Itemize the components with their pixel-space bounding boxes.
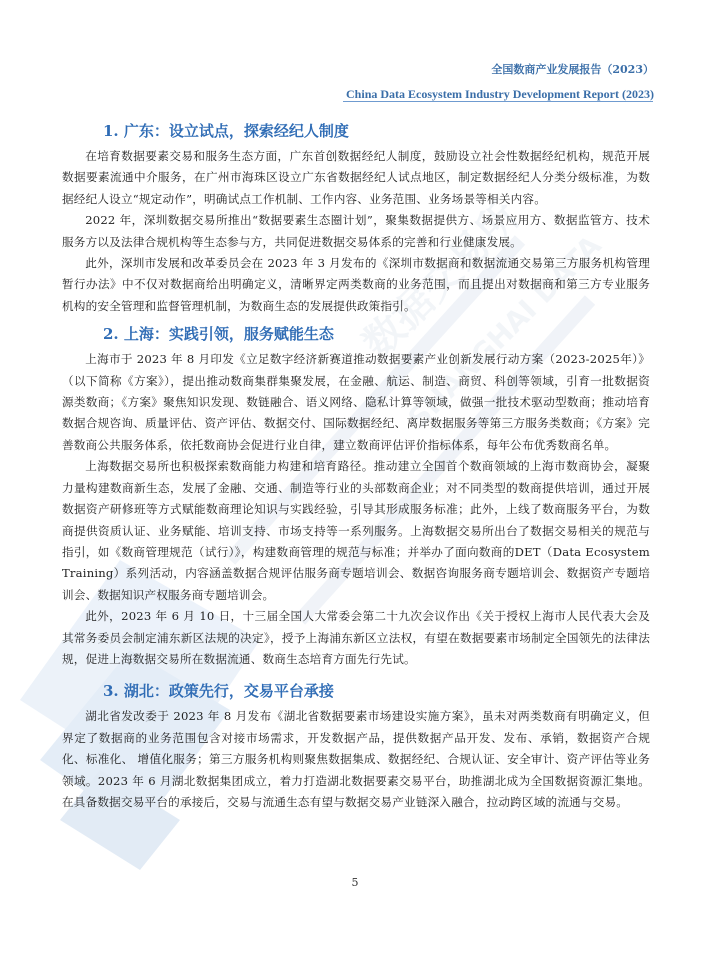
paragraph: 在培育数据要素交易和服务生态方面，广东首创数据经纪人制度，鼓励设立社会性数据经纪… [62,146,650,210]
paragraph: 此外，深圳市发展和改革委员会在 2023 年 3 月发布的《深圳市数据商和数据流… [62,253,650,317]
section-title: 2. 上海：实践引领，服务赋能生态 [103,321,650,347]
header-title-cn: 全国数商产业发展报告（2023） [346,62,654,78]
paragraph: 上海数据交易所也积极探索数商能力构建和培育路径。推动建立全国首个数商领域的上海市… [62,456,650,606]
page-number: 5 [0,876,710,889]
section-shanghai: 2. 上海：实践引领，服务赋能生态 上海市于 2023 年 8 月印发《立足数字… [62,321,650,670]
section-guangdong: 1. 广东：设立试点，探索经纪人制度 在培育数据要素交易和服务生态方面，广东首创… [62,118,650,317]
header-divider [343,101,653,102]
section-title: 1. 广东：设立试点，探索经纪人制度 [103,118,650,144]
header-title-en: China Data Ecosystem Industry Developmen… [346,86,654,102]
paragraph: 此外，2023 年 6 月 10 日，十三届全国人大常委会第二十九次会议作出《关… [62,606,650,670]
page-body: 1. 广东：设立试点，探索经纪人制度 在培育数据要素交易和服务生态方面，广东首创… [62,118,650,813]
paragraph: 2022 年，深圳数据交易所推出“数据要素生态圈计划”，聚集数据提供方、场景应用… [62,210,650,253]
running-header: 全国数商产业发展报告（2023） China Data Ecosystem In… [346,62,662,102]
section-hubei: 3. 湖北：政策先行，交易平台承接 湖北省发改委于 2023 年 8 月发布《湖… [62,678,650,813]
paragraph: 湖北省发改委于 2023 年 8 月发布《湖北省数据要素市场建设实施方案》，虽未… [62,706,650,813]
paragraph: 上海市于 2023 年 8 月印发《立足数字经济新赛道推动数据要素产业创新发展行… [62,349,650,456]
section-title: 3. 湖北：政策先行，交易平台承接 [103,678,650,704]
